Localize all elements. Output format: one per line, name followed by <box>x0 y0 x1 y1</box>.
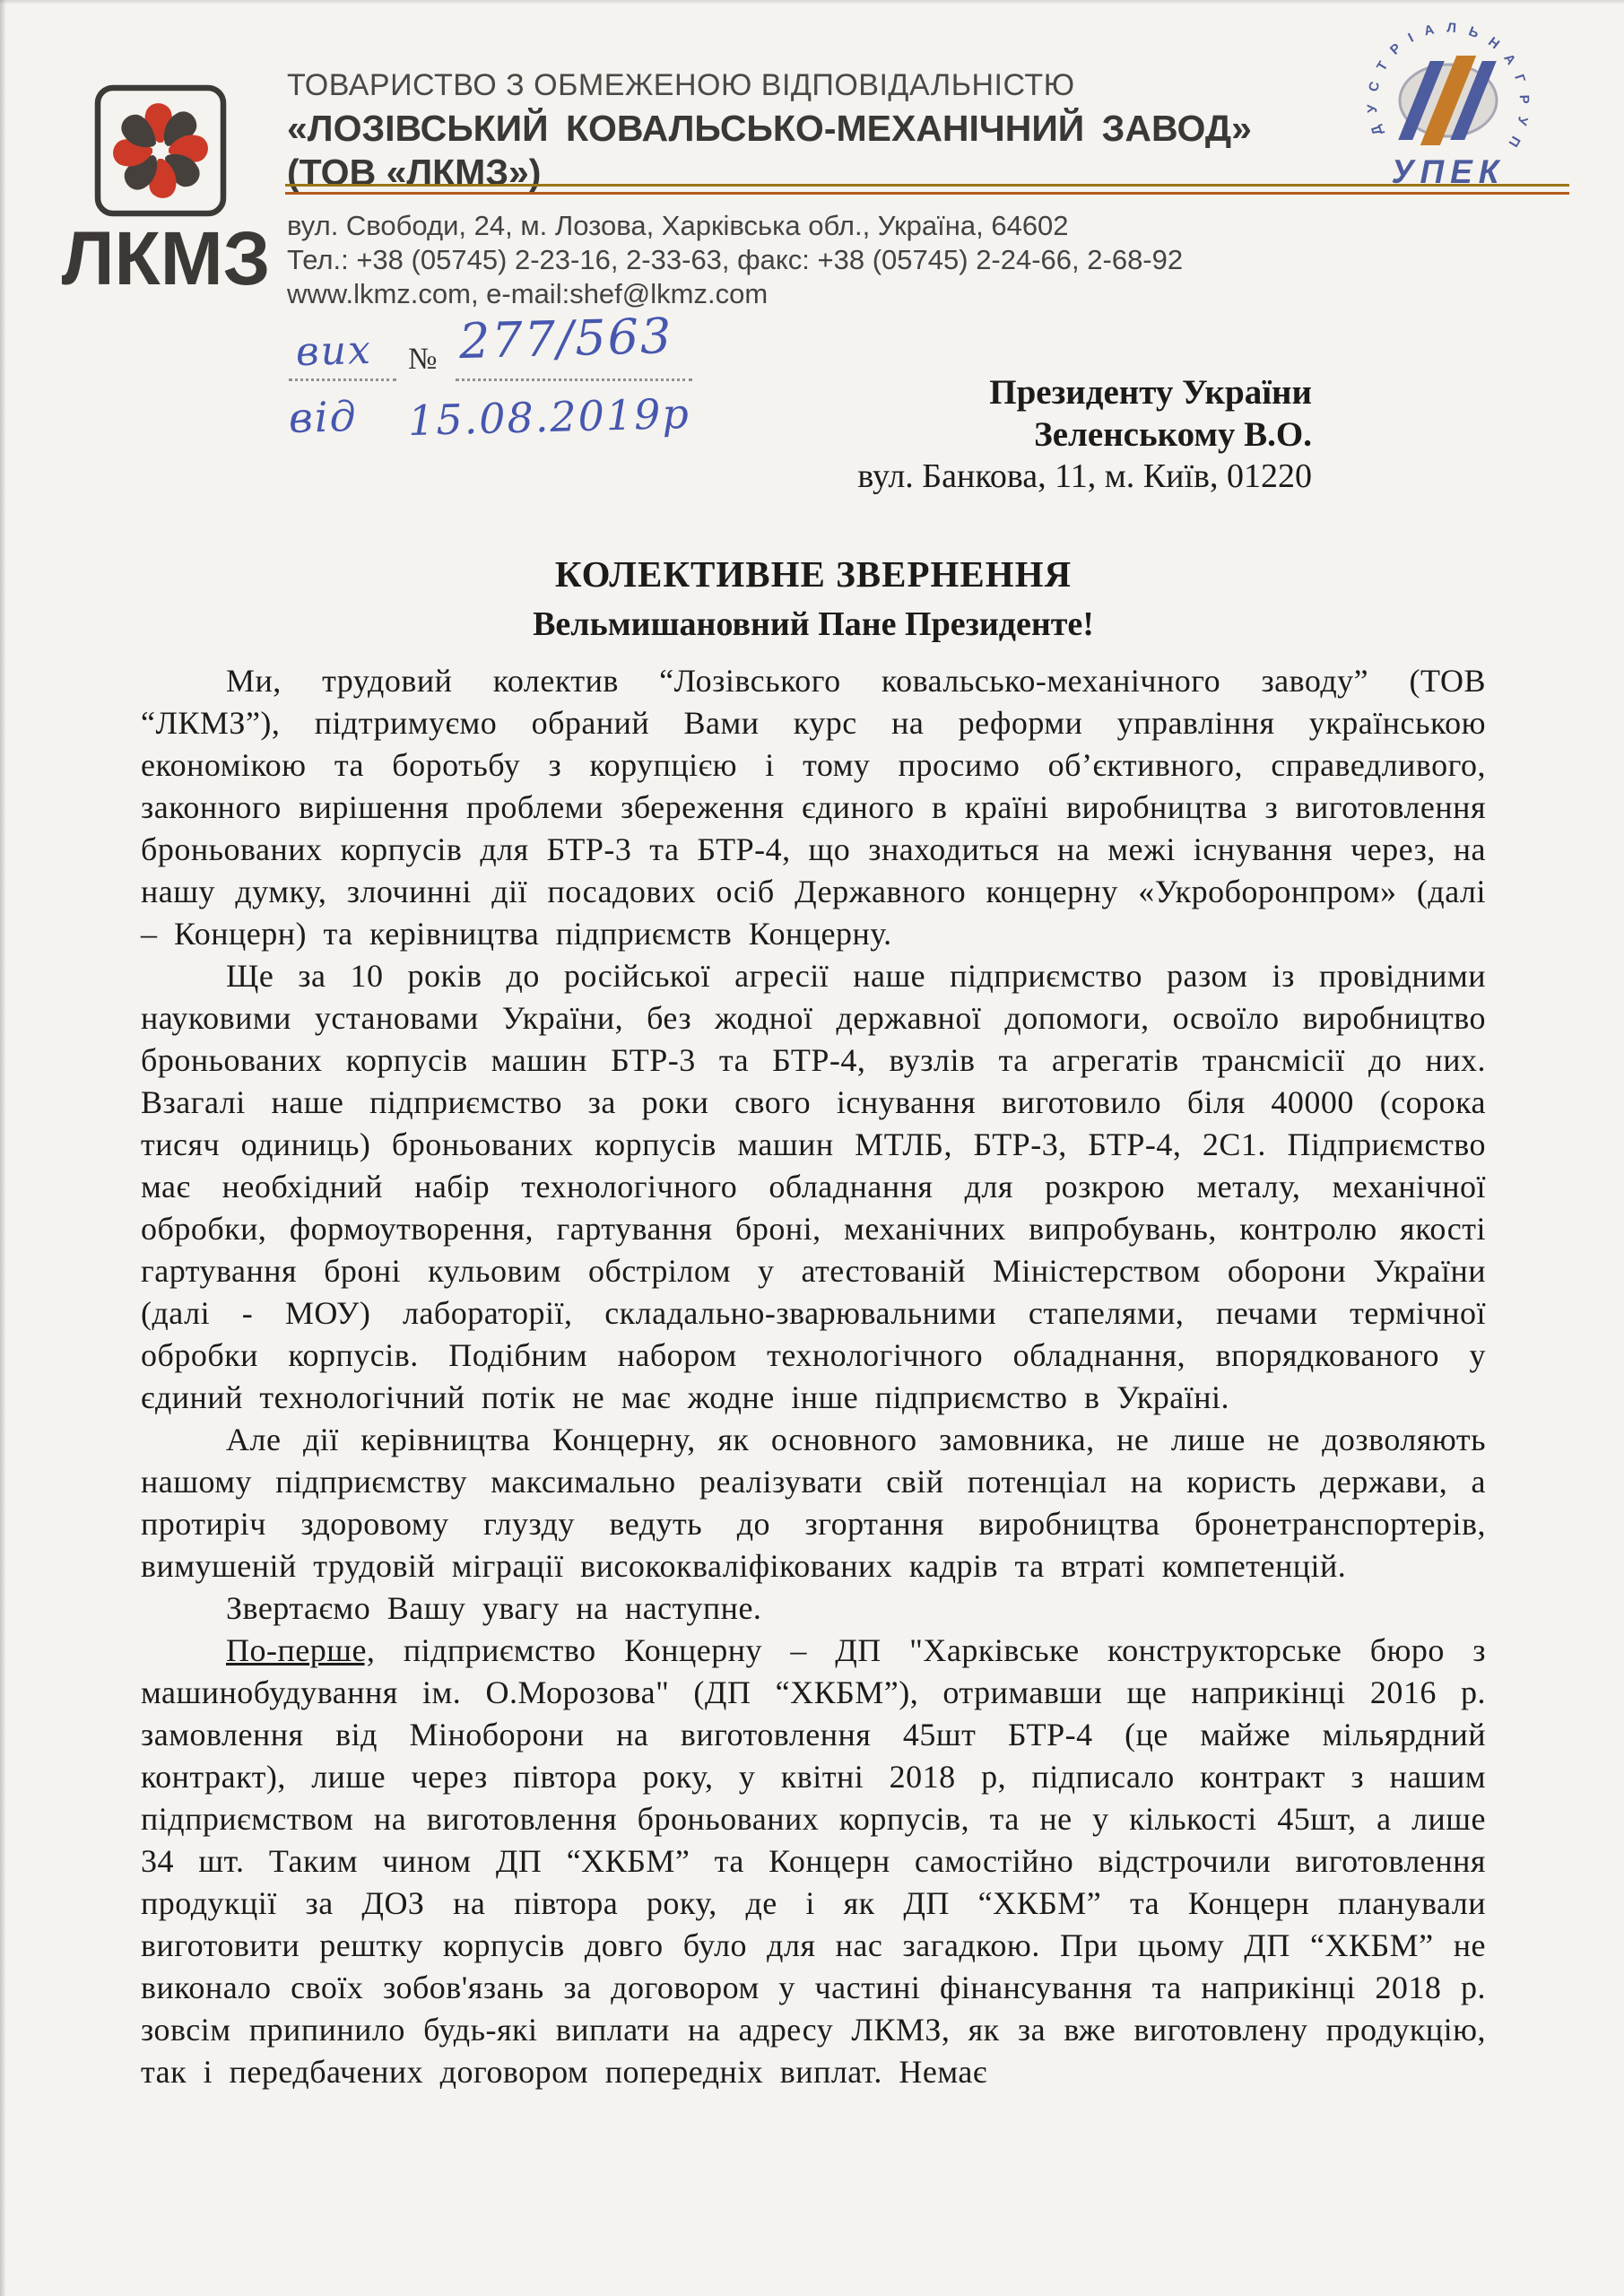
reference-number-row: вих № 277/563 <box>289 316 719 386</box>
recipient-block: Президенту України Зеленському В.О. вул.… <box>857 371 1312 498</box>
paragraph-text: підприємство Концерну – ДП "Харківське к… <box>141 1632 1486 2090</box>
handwritten-out-label: вих <box>295 327 372 375</box>
paragraph-text: Але дії керівництва Концерну, як основно… <box>141 1422 1486 1584</box>
letter-body: КОЛЕКТИВНЕ ЗВЕРНЕННЯ Вельмишановний Пане… <box>141 552 1486 2093</box>
company-address: вул. Свободи, 24, м. Лозова, Харківська … <box>287 209 1183 243</box>
paragraph-text: Звертаємо Вашу увагу на наступне. <box>226 1590 761 1626</box>
upec-name: УПЕК <box>1391 153 1505 190</box>
company-type: ТОВАРИСТВО З ОБМЕЖЕНОЮ ВІДПОВІДАЛЬНІСТЮ <box>287 68 1252 103</box>
company-web-email: www.lkmz.com, e-mail:shef@lkmz.com <box>287 277 1183 311</box>
scanned-letter-page: ЛКМЗ ТОВАРИСТВО З ОБМЕЖЕНОЮ ВІДПОВІДАЛЬН… <box>0 0 1624 2296</box>
paragraph-text: Ще за 10 років до російської агресії наш… <box>141 958 1486 1415</box>
scan-edge-shadow-top <box>0 0 1624 4</box>
paragraph-lead: По-перше, <box>226 1632 375 1668</box>
letter-salutation: Вельмишановний Пане Президенте! <box>141 604 1486 644</box>
letter-title: КОЛЕКТИВНЕ ЗВЕРНЕННЯ <box>141 552 1486 596</box>
outgoing-reference-block: вих № 277/563 від 15.08.2019р <box>289 316 719 441</box>
recipient-name: Зеленському В.О. <box>857 413 1312 456</box>
paragraph: По-перше, підприємство Концерну – ДП "Ха… <box>141 1630 1486 2093</box>
recipient-title: Президенту України <box>857 371 1312 413</box>
paragraph: Ми, трудовий колектив “Лозівського ковал… <box>141 660 1486 955</box>
pinwheel-blades <box>113 103 208 198</box>
handwritten-date-label: від <box>288 392 358 442</box>
paragraph-text: Ми, трудовий колектив “Лозівського ковал… <box>141 663 1486 952</box>
paragraph: Ще за 10 років до російської агресії наш… <box>141 955 1486 1419</box>
paragraph: Але дії керівництва Концерну, як основно… <box>141 1419 1486 1587</box>
handwritten-date: 15.08.2019р <box>407 389 690 445</box>
logo-wordmark: ЛКМЗ <box>27 221 305 296</box>
upec-logo: І Н Д У С Т Р І А Л Ь Н А Г Р У П А УПЕК <box>1327 7 1569 196</box>
paragraph: Звертаємо Вашу увагу на наступне. <box>141 1587 1486 1630</box>
number-sign: № <box>408 343 437 377</box>
scan-edge-shadow <box>0 0 6 2296</box>
reference-date-row: від 15.08.2019р <box>289 393 719 441</box>
handwritten-number: 277/563 <box>458 308 673 370</box>
letterhead-contacts: вул. Свободи, 24, м. Лозова, Харківська … <box>287 209 1183 311</box>
recipient-address: вул. Банкова, 11, м. Київ, 01220 <box>857 456 1312 498</box>
dotted-line <box>456 378 692 381</box>
lkmz-pinwheel-icon <box>92 83 229 219</box>
dotted-line <box>289 378 396 381</box>
letterhead-company-block: ТОВАРИСТВО З ОБМЕЖЕНОЮ ВІДПОВІДАЛЬНІСТЮ … <box>287 68 1252 194</box>
company-name: «ЛОЗІВСЬКИЙ КОВАЛЬСЬКО-МЕХАНІЧНИЙ ЗАВОД» <box>287 108 1252 150</box>
company-phone: Тел.: +38 (05745) 2-23-16, 2-33-63, факс… <box>287 243 1183 277</box>
